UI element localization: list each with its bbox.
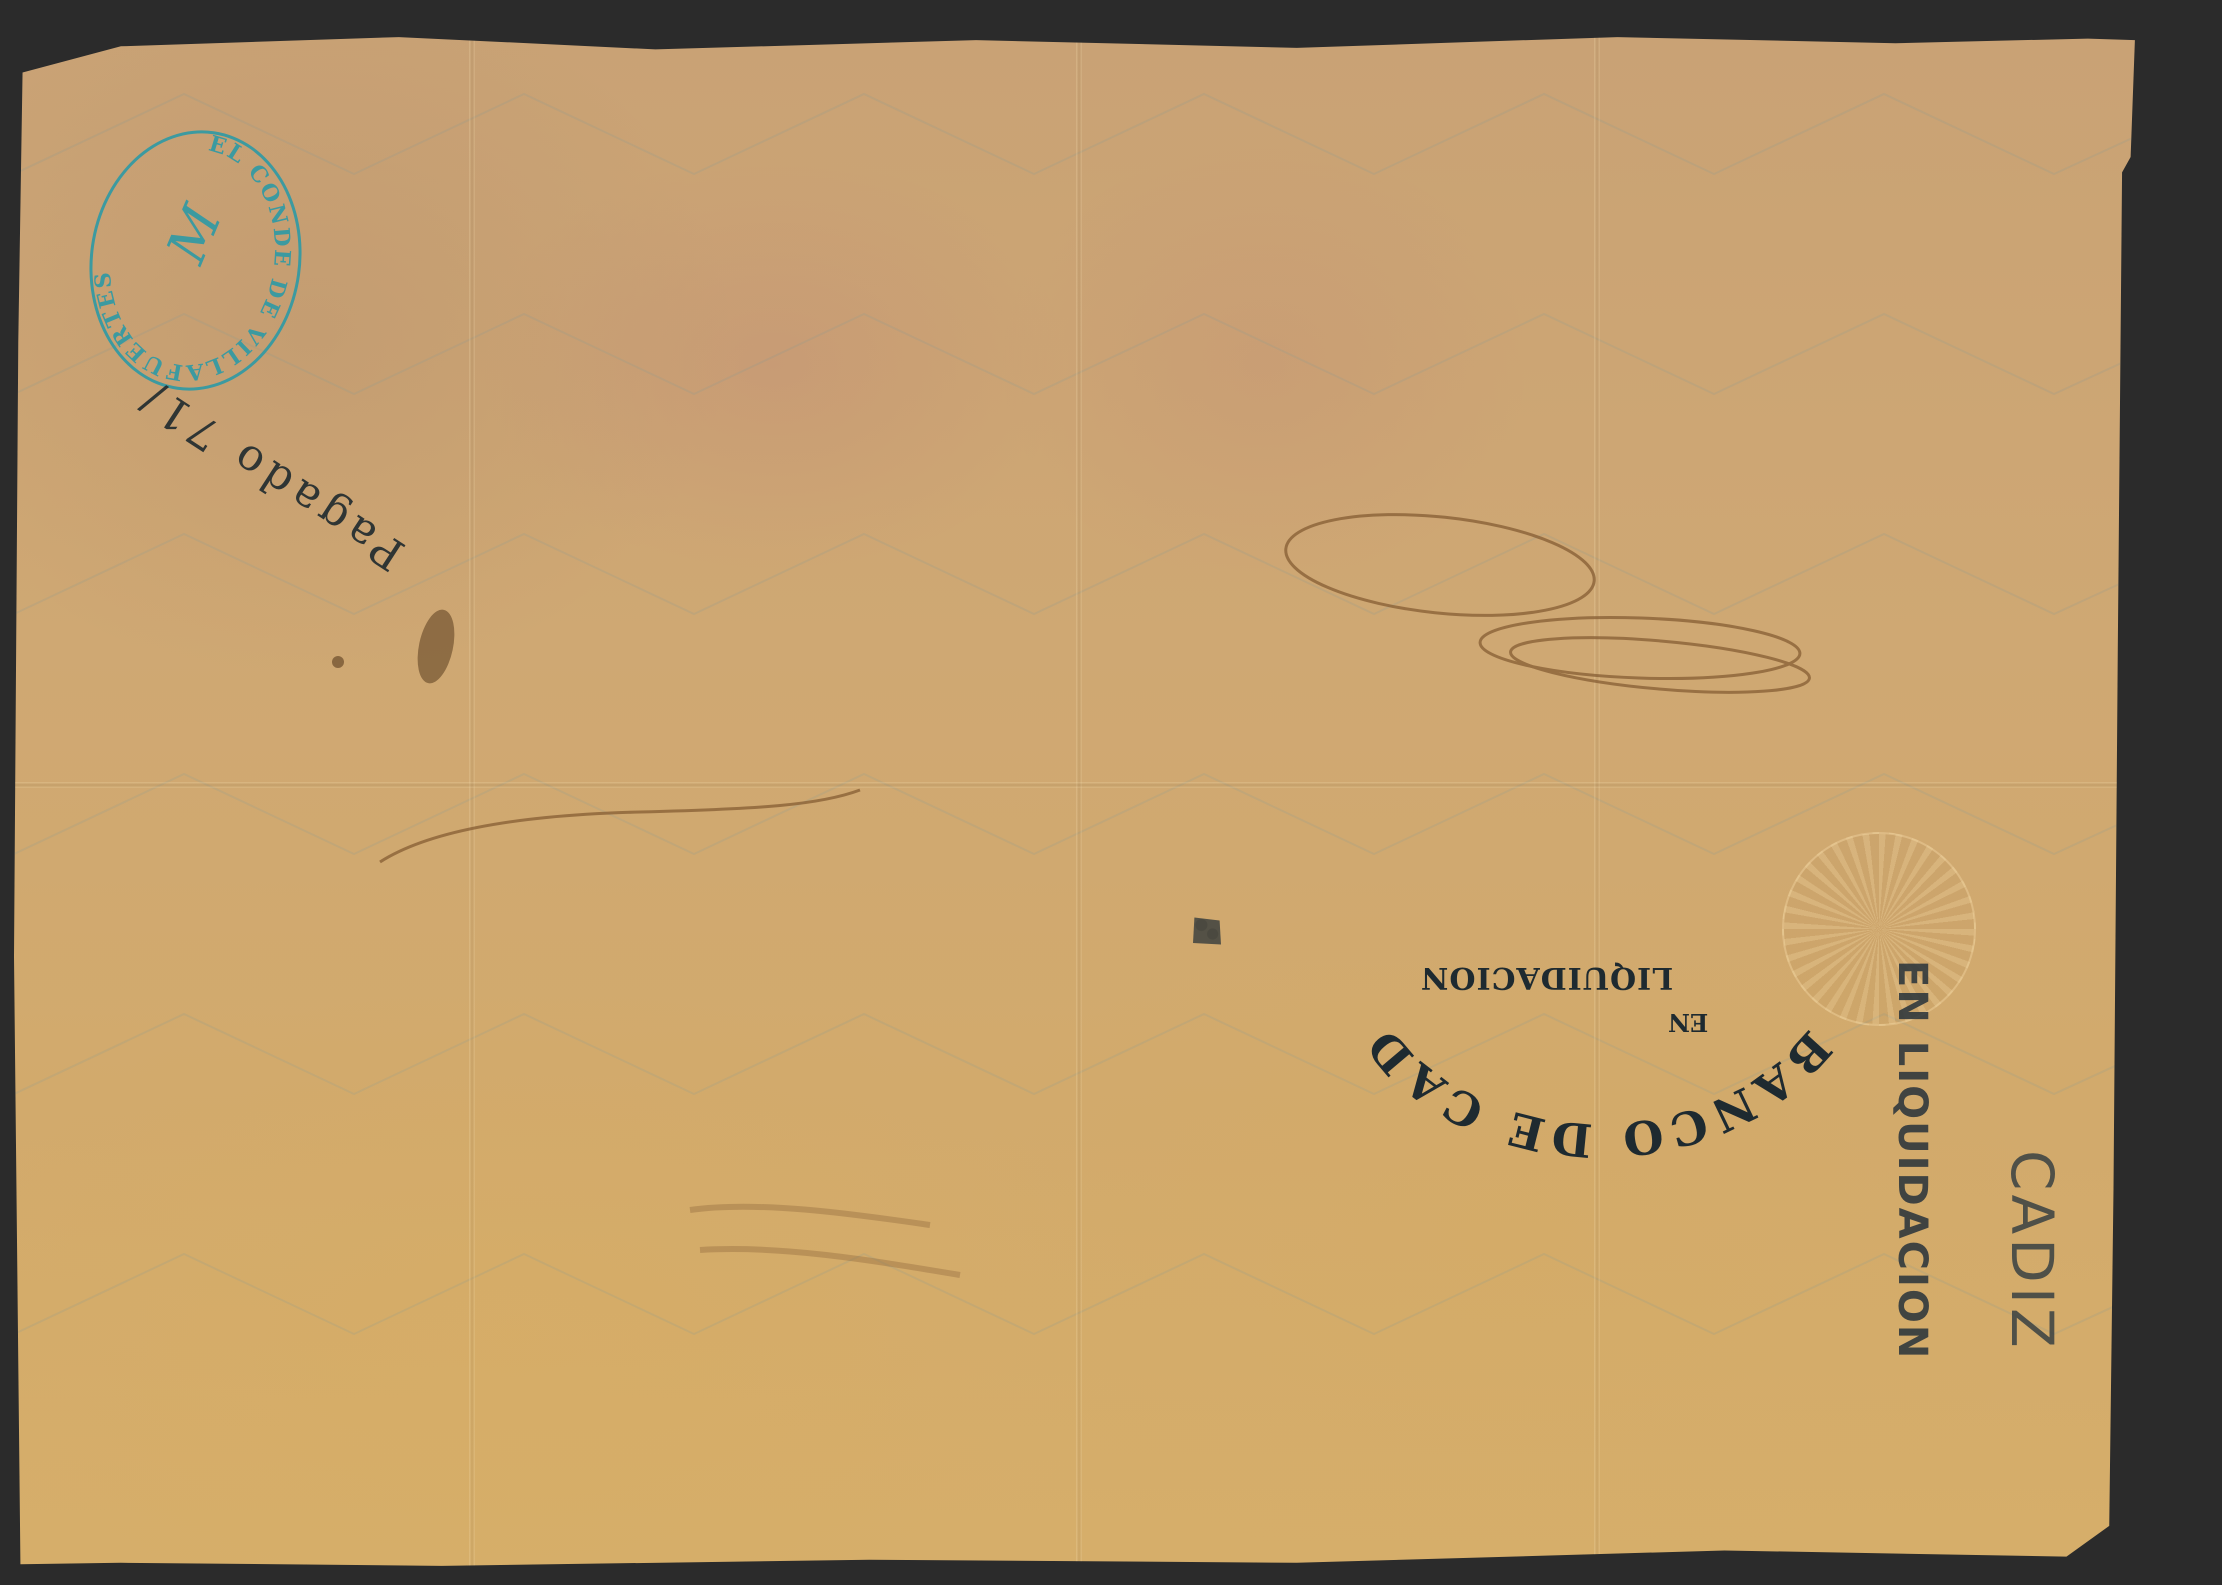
- svg-text:BANCO DE CADIZ: BANCO DE CADIZ: [1320, 920, 1842, 1168]
- dry-seal-icon: [1782, 832, 1976, 1026]
- banco-stamp-arc-text: BANCO DE CADIZ: [1320, 920, 1842, 1168]
- oval-stamp: EL CONDE DE VILLAFUERTES M: [73, 117, 318, 405]
- vertical-stamp-line1: EN LIQUIDACION: [1889, 960, 1935, 1360]
- vertical-stamp-line2: CADIZ: [1998, 1150, 2066, 1352]
- square-mark-icon: [1193, 916, 1221, 946]
- banco-stamp-inner-text: LIQUIDACION: [1420, 960, 1673, 995]
- banco-stamp-prefix: EN: [1668, 1008, 1708, 1037]
